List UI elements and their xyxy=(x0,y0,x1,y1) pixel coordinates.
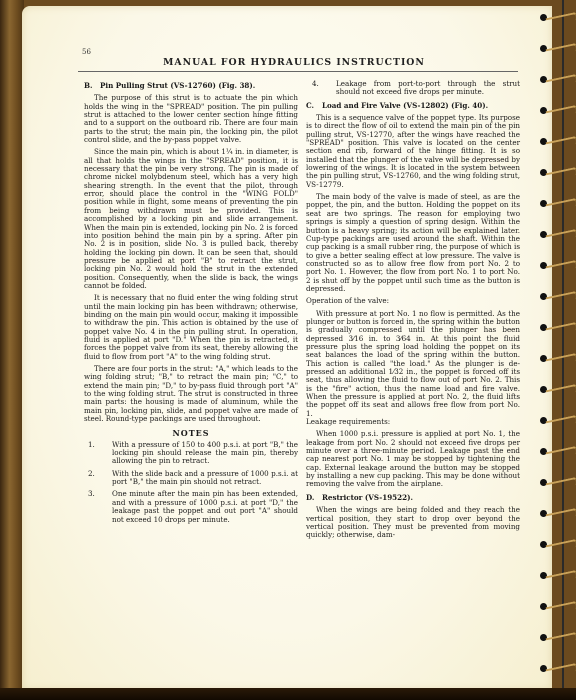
binding-coil xyxy=(540,632,576,644)
operation-label: Operation of the valve: xyxy=(306,297,520,305)
section-letter: C. xyxy=(306,102,322,110)
bottom-shadow xyxy=(0,688,576,700)
note-text: Leakage from port-to-port through the st… xyxy=(336,80,520,97)
coil-wire xyxy=(546,508,576,522)
binding-coil xyxy=(540,508,576,520)
notes-heading: NOTES xyxy=(84,429,298,437)
section-title: Load and Fire Valve (VS-12802) (Fig. 40)… xyxy=(322,101,488,110)
coil-wire xyxy=(546,229,576,243)
paragraph: It is necessary that no fluid enter the … xyxy=(84,294,298,361)
coil-wire xyxy=(546,260,576,274)
binding-coil xyxy=(540,136,576,148)
binding-coil xyxy=(540,260,576,272)
coil-wire xyxy=(546,136,576,150)
coil-wire xyxy=(546,477,576,491)
note-text: One minute after the main pin has been e… xyxy=(112,490,298,523)
coil-wire xyxy=(546,198,576,212)
binding-coil xyxy=(540,539,576,551)
note-item: 3. One minute after the main pin has bee… xyxy=(84,490,298,523)
paragraph: This is a sequence valve of the poppet t… xyxy=(306,114,520,189)
note-text: With the slide back and a pressure of 10… xyxy=(112,470,298,487)
coil-wire xyxy=(546,539,576,553)
paragraph: Since the main pin, which is about 1¼ in… xyxy=(84,148,298,290)
left-column: B.Pin Pulling Strut (VS-12760) (Fig. 38)… xyxy=(84,80,298,528)
coil-wire xyxy=(546,632,576,646)
section-title: Pin Pulling Strut (VS-12760) (Fig. 38). xyxy=(100,81,255,90)
binding-coil xyxy=(540,229,576,241)
page-number: 56 xyxy=(82,48,91,56)
coil-wire xyxy=(546,415,576,429)
leakage-label: Leakage requirements: xyxy=(306,418,520,426)
binding-coil xyxy=(540,291,576,303)
binding-coil xyxy=(540,570,576,582)
coil-wire xyxy=(546,74,576,88)
section-title: Restrictor (VS-19522). xyxy=(322,493,413,502)
section-c-heading: C.Load and Fire Valve (VS-12802) (Fig. 4… xyxy=(306,102,520,110)
section-letter: D. xyxy=(306,494,322,502)
binding-coil xyxy=(540,415,576,427)
paragraph: The main body of the valve is made of st… xyxy=(306,193,520,293)
binding-coil xyxy=(540,12,576,24)
right-column: 4. Leakage from port-to-port through the… xyxy=(306,80,520,544)
note-item: 4. Leakage from port-to-port through the… xyxy=(306,80,520,97)
coil-wire xyxy=(546,601,576,615)
binder-cover-edge xyxy=(0,0,24,700)
note-number: 4. xyxy=(306,80,336,97)
binding-coil xyxy=(540,601,576,613)
coil-wire xyxy=(546,570,576,584)
binding-coil xyxy=(540,477,576,489)
header-rule xyxy=(78,71,518,72)
section-b-heading: B.Pin Pulling Strut (VS-12760) (Fig. 38)… xyxy=(84,82,298,90)
note-number: 2. xyxy=(84,470,112,487)
coil-wire xyxy=(546,446,576,460)
binding-coil xyxy=(540,198,576,210)
binding-coil xyxy=(540,353,576,365)
spiral-binding xyxy=(532,0,576,700)
coil-wire xyxy=(546,353,576,367)
paragraph: With pressure at port No. 1 no flow is p… xyxy=(306,310,520,418)
note-item: 2. With the slide back and a pressure of… xyxy=(84,470,298,487)
note-number: 3. xyxy=(84,490,112,523)
note-item: 1. With a pressure of 150 to 400 p.s.i. … xyxy=(84,441,298,466)
section-letter: B. xyxy=(84,82,100,90)
coil-wire xyxy=(546,291,576,305)
paragraph: When 1000 p.s.i. pressure is applied at … xyxy=(306,430,520,488)
paragraph: The purpose of this strut is to actuate … xyxy=(84,94,298,144)
note-text: With a pressure of 150 to 400 p.s.i. at … xyxy=(112,441,298,466)
coil-wire xyxy=(546,384,576,398)
coil-wire xyxy=(546,43,576,57)
binding-coil xyxy=(540,105,576,117)
coil-wire xyxy=(546,167,576,181)
paragraph: There are four ports in the strut: "A," … xyxy=(84,365,298,423)
binding-coil xyxy=(540,384,576,396)
section-d-heading: D.Restrictor (VS-19522). xyxy=(306,494,520,502)
binding-coil xyxy=(540,74,576,86)
binding-coil xyxy=(540,663,576,675)
paragraph: When the wings are being folded and they… xyxy=(306,506,520,539)
running-head: MANUAL FOR HYDRAULICS INSTRUCTION xyxy=(70,57,518,68)
binding-coil xyxy=(540,322,576,334)
binding-coil xyxy=(540,167,576,179)
note-number: 1. xyxy=(84,441,112,466)
coil-wire xyxy=(546,322,576,336)
coil-wire xyxy=(546,105,576,119)
coil-wire xyxy=(546,663,576,677)
binding-coil xyxy=(540,446,576,458)
binding-coil xyxy=(540,43,576,55)
coil-wire xyxy=(546,12,576,26)
